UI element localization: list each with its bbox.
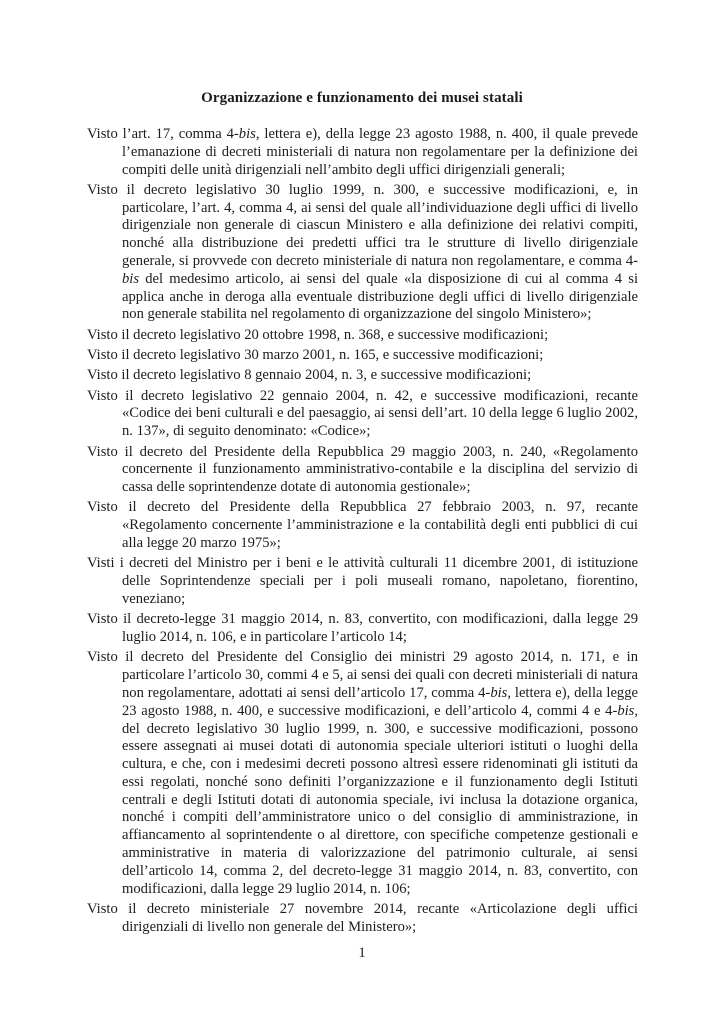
paragraph-3: Visto il decreto legislativo 20 ottobre … — [87, 327, 638, 345]
text-run: Visti i decreti del Ministro per i beni … — [87, 555, 638, 607]
paragraph-1: Visto l’art. 17, comma 4-bis, lettera e)… — [87, 126, 638, 179]
text-run: Visto il decreto ministeriale 27 novembr… — [87, 901, 638, 935]
italic-run: bis — [490, 685, 507, 701]
italic-run: bis — [122, 271, 139, 287]
paragraph-7: Visto il decreto del Presidente della Re… — [87, 444, 638, 497]
paragraph-5: Visto il decreto legislativo 8 gennaio 2… — [87, 367, 638, 385]
paragraph-2: Visto il decreto legislativo 30 luglio 1… — [87, 182, 638, 324]
document-page: Organizzazione e funzionamento dei musei… — [0, 0, 724, 1024]
text-run: Visto il decreto legislativo 20 ottobre … — [87, 327, 548, 343]
text-run: Visto il decreto legislativo 30 marzo 20… — [87, 347, 543, 363]
text-run: Visto il decreto legislativo 8 gennaio 2… — [87, 367, 531, 383]
page-number: 1 — [0, 944, 724, 962]
text-run: del medesimo articolo, ai sensi del qual… — [122, 271, 638, 323]
text-run: , del decreto legislativo 30 luglio 1999… — [122, 703, 638, 897]
text-run: Visto il decreto del Presidente della Re… — [87, 444, 638, 496]
paragraph-9: Visti i decreti del Ministro per i beni … — [87, 555, 638, 608]
text-run: Visto il decreto-legge 31 maggio 2014, n… — [87, 611, 638, 645]
paragraph-11: Visto il decreto del Presidente del Cons… — [87, 649, 638, 898]
text-run: Visto il decreto del Presidente della Re… — [87, 499, 638, 551]
italic-run: bis — [239, 126, 256, 142]
paragraph-10: Visto il decreto-legge 31 maggio 2014, n… — [87, 611, 638, 647]
document-title: Organizzazione e funzionamento dei musei… — [0, 89, 724, 107]
italic-run: bis — [617, 703, 634, 719]
paragraph-8: Visto il decreto del Presidente della Re… — [87, 499, 638, 552]
paragraph-6: Visto il decreto legislativo 22 gennaio … — [87, 388, 638, 441]
text-run: Visto il decreto legislativo 22 gennaio … — [87, 388, 638, 440]
text-run: Visto il decreto legislativo 30 luglio 1… — [87, 182, 638, 269]
text-run: Visto l’art. 17, comma 4- — [87, 126, 239, 142]
paragraph-12: Visto il decreto ministeriale 27 novembr… — [87, 901, 638, 937]
paragraph-4: Visto il decreto legislativo 30 marzo 20… — [87, 347, 638, 365]
paragraphs: Visto l’art. 17, comma 4-bis, lettera e)… — [87, 126, 638, 939]
